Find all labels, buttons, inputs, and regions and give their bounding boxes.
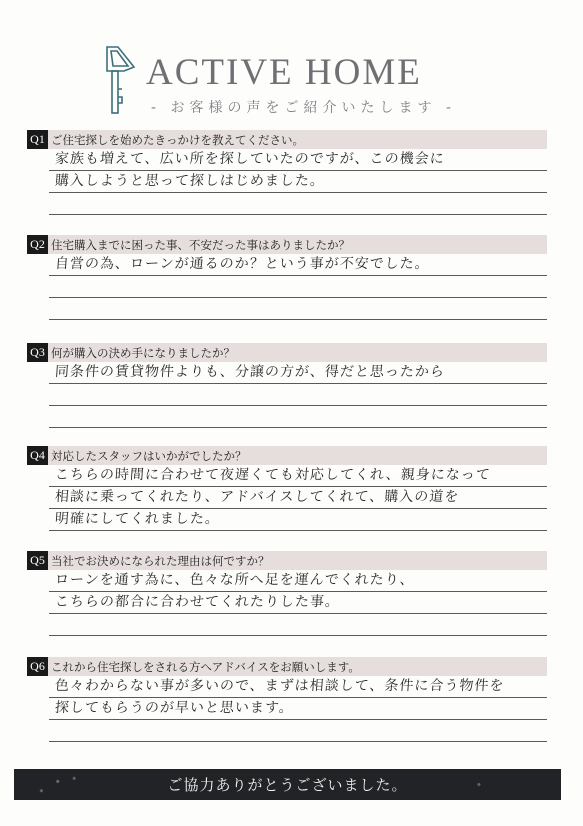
answer-line: こちらの時間に合わせて夜遅くても対応してくれ、親身になって — [49, 465, 547, 487]
answer-area: 同条件の賃貸物件よりも、分譲の方が、得だと思ったから — [49, 362, 547, 428]
brand-subtitle: - お客様の声をご紹介いたします - — [151, 97, 456, 117]
answer-text: こちらの時間に合わせて夜遅くても対応してくれ、親身になって — [54, 464, 491, 484]
answer-line: ローンを通す為に、色々な所へ足を運んでくれたり、 — [49, 570, 547, 592]
thank-you-text: ご協力ありがとうございました。 — [167, 774, 407, 795]
question-text: 住宅購入までに困った事、不安だった事はありましたか？ — [51, 237, 350, 253]
answer-line — [49, 614, 547, 636]
answer-text: 同条件の賃貸物件よりも、分譲の方が、得だと思ったから — [54, 361, 445, 381]
brand-name: ACTIVE HOME — [146, 51, 422, 94]
question-section-q5: Q5 当社でお決めになられた理由は何ですか？ ローンを通す為に、色々な所へ足を運… — [27, 551, 547, 636]
question-label: Q4 — [27, 446, 48, 465]
answer-line: 明確にしてくれました。 — [49, 509, 547, 531]
question-section-q6: Q6 これから住宅探しをされる方へアドバイスをお願いします。 色々わからない事が… — [27, 657, 547, 742]
answer-text: 家族も増えて、広い所を探していたのですが、この機会に — [54, 148, 445, 168]
question-bar: Q3 何が購入の決め手になりましたか？ — [27, 343, 547, 362]
answer-line: 探してもらうのが早いと思います。 — [49, 698, 547, 720]
question-section-q4: Q4 対応したスタッフはいかがでしたか？ こちらの時間に合わせて夜遅くても対応し… — [27, 446, 547, 531]
answer-text: ローンを通す為に、色々な所へ足を運んでくれたり、 — [54, 569, 415, 589]
question-bar: Q6 これから住宅探しをされる方へアドバイスをお願いします。 — [27, 657, 547, 676]
answer-line — [49, 276, 547, 298]
question-bar: Q5 当社でお決めになられた理由は何ですか？ — [27, 551, 547, 570]
question-bar: Q2 住宅購入までに困った事、不安だった事はありましたか？ — [27, 235, 547, 254]
answer-area: 家族も増えて、広い所を探していたのですが、この機会に 購入しようと思って探しはじ… — [49, 149, 547, 215]
question-text: 対応したスタッフはいかがでしたか？ — [51, 448, 247, 464]
answer-line: 購入しようと思って探しはじめました。 — [49, 171, 547, 193]
answer-text: 色々わからない事が多いので、まずは相談して、条件に合う物件を — [54, 675, 505, 695]
answer-text: 相談に乗ってくれたり、アドバイスしてくれて、購入の道を — [54, 486, 460, 506]
answer-line: 相談に乗ってくれたり、アドバイスしてくれて、購入の道を — [49, 487, 547, 509]
question-label: Q2 — [27, 235, 48, 254]
answer-line: 家族も増えて、広い所を探していたのですが、この機会に — [49, 149, 547, 171]
question-section-q3: Q3 何が購入の決め手になりましたか？ 同条件の賃貸物件よりも、分譲の方が、得だ… — [27, 343, 547, 428]
answer-line — [49, 298, 547, 320]
question-section-q2: Q2 住宅購入までに困った事、不安だった事はありましたか？ 自営の為、ローンが通… — [27, 235, 547, 320]
question-label: Q6 — [27, 657, 48, 676]
question-text: ご住宅探しを始めたきっかけを教えてください。 — [51, 132, 304, 148]
answer-area: 自営の為、ローンが通るのか？という事が不安でした。 — [49, 254, 547, 320]
answer-line — [49, 193, 547, 215]
answer-text: 明確にしてくれました。 — [54, 508, 220, 528]
question-bar: Q4 対応したスタッフはいかがでしたか？ — [27, 446, 547, 465]
answer-area: ローンを通す為に、色々な所へ足を運んでくれたり、 こちらの都合に合わせてくれたり… — [49, 570, 547, 636]
question-bar: Q1 ご住宅探しを始めたきっかけを教えてください。 — [27, 130, 547, 149]
answer-area: こちらの時間に合わせて夜遅くても対応してくれ、親身になって 相談に乗ってくれたり… — [49, 465, 547, 531]
question-text: 何が購入の決め手になりましたか？ — [51, 345, 235, 361]
active-home-logo: ACTIVE HOME - お客様の声をご紹介いたします - — [104, 43, 484, 123]
question-label: Q3 — [27, 343, 48, 362]
key-icon — [104, 45, 140, 115]
question-text: 当社でお決めになられた理由は何ですか？ — [51, 553, 270, 569]
answer-line — [49, 384, 547, 406]
answer-line — [49, 720, 547, 742]
answer-line — [49, 406, 547, 428]
answer-line: こちらの都合に合わせてくれたりした事。 — [49, 592, 547, 614]
answer-text: 自営の為、ローンが通るのか？という事が不安でした。 — [54, 253, 430, 273]
answer-text: 購入しようと思って探しはじめました。 — [54, 170, 325, 190]
question-text: これから住宅探しをされる方へアドバイスをお願いします。 — [51, 659, 360, 675]
question-label: Q5 — [27, 551, 48, 570]
thank-you-banner: ご協力ありがとうございました。 — [14, 769, 561, 800]
answer-line: 同条件の賃貸物件よりも、分譲の方が、得だと思ったから — [49, 362, 547, 384]
answer-line: 色々わからない事が多いので、まずは相談して、条件に合う物件を — [49, 676, 547, 698]
question-label: Q1 — [27, 130, 48, 149]
answer-text: 探してもらうのが早いと思います。 — [54, 697, 294, 717]
answer-area: 色々わからない事が多いので、まずは相談して、条件に合う物件を 探してもらうのが早… — [49, 676, 547, 742]
answer-line: 自営の為、ローンが通るのか？という事が不安でした。 — [49, 254, 547, 276]
question-section-q1: Q1 ご住宅探しを始めたきっかけを教えてください。 家族も増えて、広い所を探して… — [27, 130, 547, 215]
answer-text: こちらの都合に合わせてくれたりした事。 — [54, 591, 340, 611]
